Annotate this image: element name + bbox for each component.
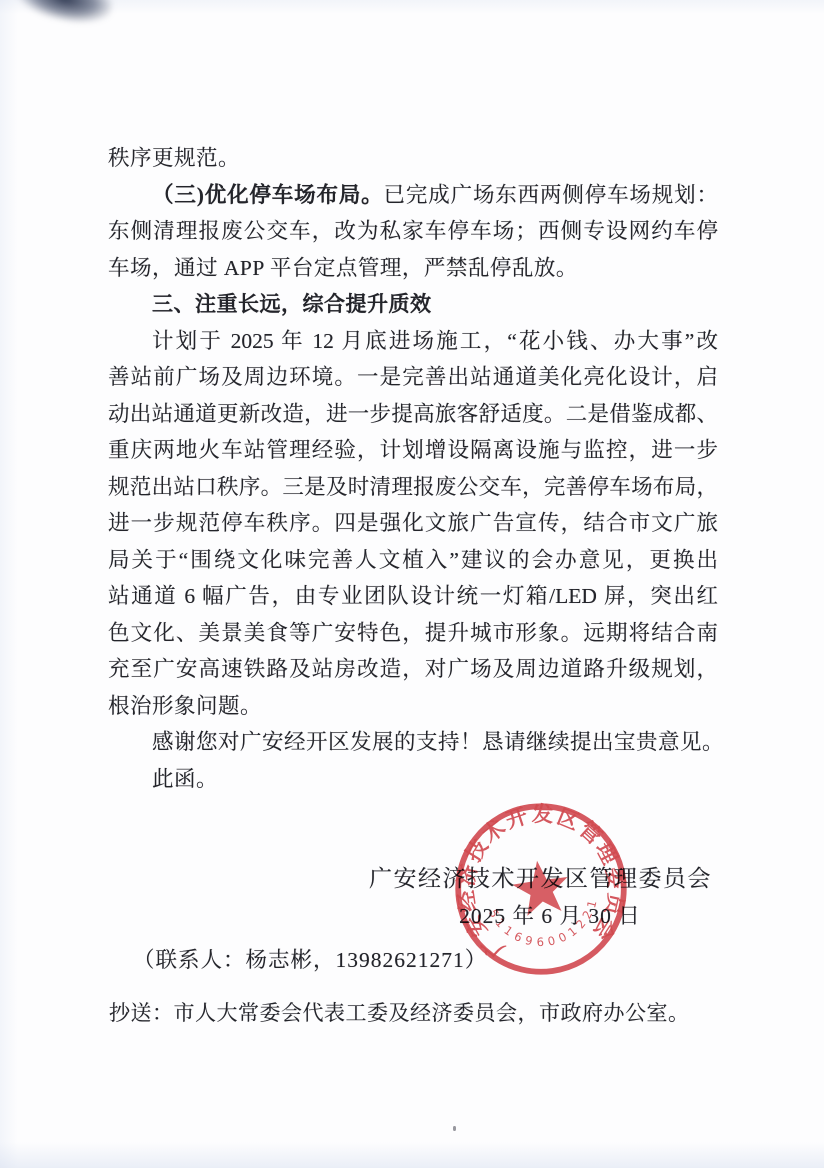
- body-text: 车场，通过 APP 平台定点管理，严禁乱停乱放。: [108, 256, 578, 280]
- document-line: 根治形象问题。: [108, 688, 718, 725]
- body-text: 色文化、美景美食等广安特色，提升城市形象。远期将结合南: [108, 621, 718, 645]
- body-text: 局关于“围绕文化味完善人文植入”建议的会办意见，更换出: [108, 548, 718, 572]
- body-text: 站通道 6 幅广告，由专业团队设计统一灯箱/LED 屏，突出红: [108, 584, 718, 608]
- body-text: 根治形象问题。: [108, 694, 262, 718]
- document-line: 充至广安高速铁路及站房改造，对广场及周边道路升级规划，: [108, 651, 718, 688]
- official-seal: 广安经济技术开发区管理委员会 511696001221: [440, 788, 641, 989]
- document-line: 感谢您对广安经开区发展的支持！恳请继续提出宝贵意见。: [108, 724, 718, 761]
- document-line: 站通道 6 幅广告，由专业团队设计统一灯箱/LED 屏，突出红: [108, 578, 718, 615]
- contact-line: （联系人：杨志彬，13982621271）: [133, 944, 487, 976]
- body-text: 此函。: [152, 767, 218, 791]
- document-line: 重庆两地火车站管理经验，计划增设隔离设施与监控，进一步: [108, 432, 718, 469]
- body-text: 善站前广场及周边环境。一是完善出站通道美化亮化设计，启: [108, 365, 718, 389]
- document-line: 此函。: [108, 761, 718, 798]
- document-line: 善站前广场及周边环境。一是完善出站通道美化亮化设计，启: [108, 359, 718, 396]
- document-line: 东侧清理报废公交车，改为私家车停车场；西侧专设网约车停: [108, 213, 718, 250]
- body-text: 秩序更规范。: [108, 146, 240, 170]
- document-line: 进一步规范停车秩序。四是强化文旅广告宣传，结合市文广旅: [108, 505, 718, 542]
- body-text: 动出站通道更新改造，进一步提高旅客舒适度。二是借鉴成都、: [108, 402, 718, 426]
- seal-star-icon: [509, 857, 572, 917]
- document-line: 秩序更规范。: [108, 140, 718, 177]
- body-text: 规范出站口秩序。三是及时清理报废公交车，完善停车场布局，: [108, 475, 718, 499]
- document-body: 秩序更规范。（三)优化停车场布局。已完成广场东西两侧停车场规划：东侧清理报废公交…: [108, 140, 718, 797]
- document-line: 局关于“围绕文化味完善人文植入”建议的会办意见，更换出: [108, 542, 718, 579]
- section-heading: 三、注重长远，综合提升质效: [152, 293, 432, 316]
- body-text: 东侧清理报废公交车，改为私家车停车场；西侧专设网约车停: [108, 219, 718, 243]
- document-line: 车场，通过 APP 平台定点管理，严禁乱停乱放。: [108, 250, 718, 287]
- page: 秩序更规范。（三)优化停车场布局。已完成广场东西两侧停车场规划：东侧清理报废公交…: [0, 0, 824, 1168]
- body-text: 已完成广场东西两侧停车场规划：: [384, 183, 718, 207]
- document-line: 计划于 2025 年 12 月底进场施工，“花小钱、办大事”改: [108, 323, 718, 360]
- document-line: 色文化、美景美食等广安特色，提升城市形象。远期将结合南: [108, 615, 718, 652]
- cc-line: 抄送：市人大常委会代表工委及经济委员会，市政府办公室。: [109, 997, 690, 1029]
- document-line: 三、注重长远，综合提升质效: [108, 286, 718, 323]
- scan-smudge-top-left: [13, 0, 114, 30]
- body-text: 进一步规范停车秩序。四是强化文旅广告宣传，结合市文广旅: [108, 511, 718, 535]
- document-line: 规范出站口秩序。三是及时清理报废公交车，完善停车场布局，: [108, 469, 718, 506]
- emphasis-bold-text: （三)优化停车场布局。: [152, 183, 384, 207]
- body-text: 计划于 2025 年 12 月底进场施工，“花小钱、办大事”改: [152, 329, 718, 353]
- document-line: （三)优化停车场布局。已完成广场东西两侧停车场规划：: [108, 177, 718, 214]
- document-line: 动出站通道更新改造，进一步提高旅客舒适度。二是借鉴成都、: [108, 396, 718, 433]
- body-text: 充至广安高速铁路及站房改造，对广场及周边道路升级规划，: [108, 657, 718, 681]
- ink-speck: [453, 1126, 456, 1131]
- body-text: 感谢您对广安经开区发展的支持！恳请继续提出宝贵意见。: [152, 730, 724, 754]
- body-text: 重庆两地火车站管理经验，计划增设隔离设施与监控，进一步: [108, 438, 718, 462]
